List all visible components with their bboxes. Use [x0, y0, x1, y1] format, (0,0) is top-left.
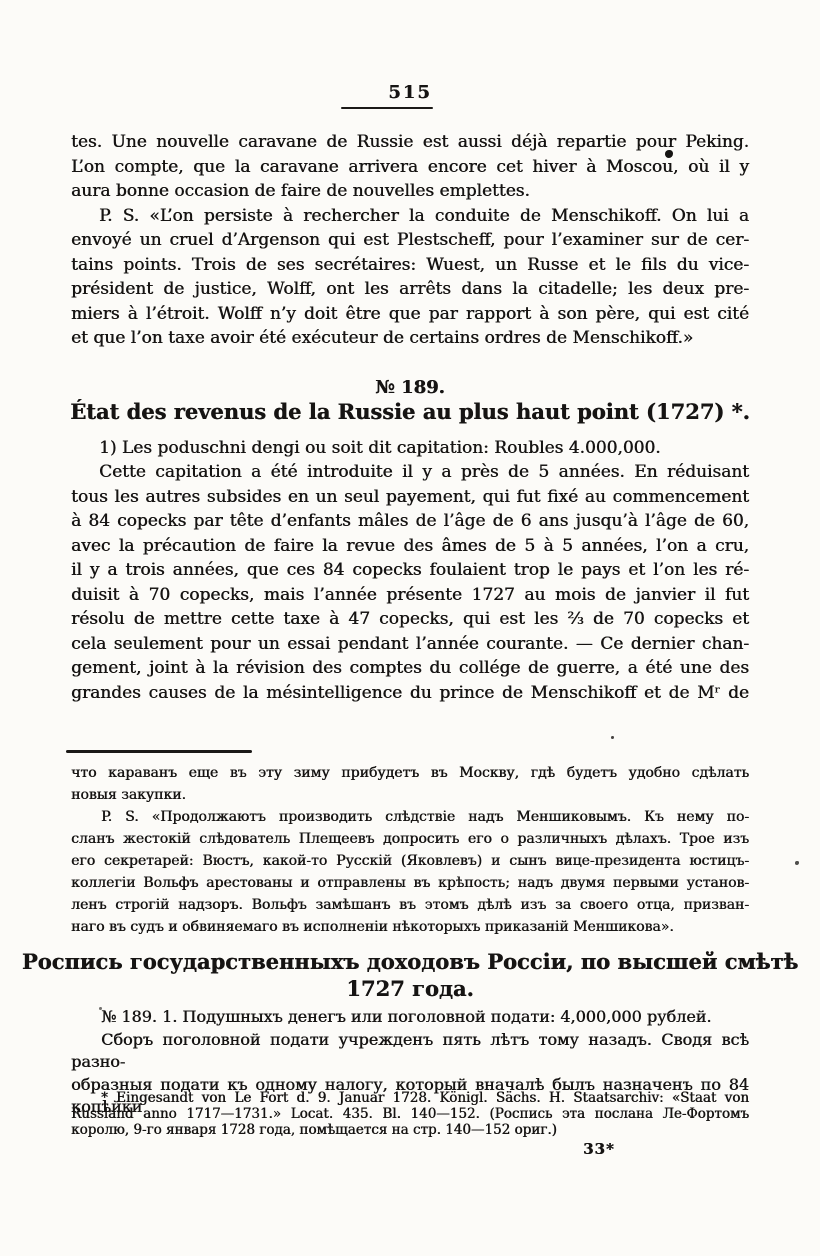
text-line: cela seulement pour un essai pendant l’a…	[71, 632, 749, 657]
text-line: P. S. «L’on persiste à rechercher la con…	[71, 204, 749, 229]
text-line: королю, 9-го января 1728 года, помѣщаетс…	[71, 1122, 749, 1138]
text-line: résolu de mettre cette taxe à 47 copecks…	[71, 607, 749, 632]
text-line: et que l’on taxe avoir été exécuteur de …	[71, 326, 749, 351]
text-line: Russland anno 1717—1731.» Locat. 435. Bl…	[71, 1106, 749, 1122]
russian-footnote-block: что караванъ еще въ эту зиму прибудетъ в…	[71, 762, 749, 938]
text-line: miers à l’étroit. Wolff n’y doit être qu…	[71, 302, 749, 327]
text-line: ленъ строгій надзоръ. Вольфъ замѣшанъ въ…	[71, 894, 749, 916]
scanned-book-page: 515 tes. Une nouvelle caravane de Russie…	[0, 0, 820, 1256]
french-paragraph-3: Cette capitation a été introduite il y a…	[71, 460, 749, 705]
text-line: tains points. Trois de ses secrétaires: …	[71, 253, 749, 278]
footnote-separator-rule	[66, 750, 252, 753]
russian-footnote-paragraph-2: P. S. «Продолжаютъ производить слѣдствіе…	[71, 806, 749, 938]
french-paragraph-1: tes. Une nouvelle caravane de Russie est…	[71, 130, 749, 204]
text-line: сланъ жестокій слѣдователь Плещеевъ допр…	[71, 828, 749, 850]
text-line: 1) Les poduschni dengi ou soit dit capit…	[71, 436, 749, 461]
russian-footnote-paragraph-1: что караванъ еще въ эту зиму прибудетъ в…	[71, 762, 749, 806]
text-line: envoyé un cruel d’Argenson qui est Plest…	[71, 228, 749, 253]
text-line: aura bonne occasion de faire de nouvelle…	[71, 179, 749, 204]
ink-speck	[795, 861, 799, 865]
text-line: что караванъ еще въ эту зиму прибудетъ в…	[71, 762, 749, 784]
page-number-rule	[341, 107, 433, 109]
text-line: avec la précaution de faire la revue des…	[71, 534, 749, 559]
text-line: duisit à 70 copecks, mais l’année présen…	[71, 583, 749, 608]
french-paragraph-2: P. S. «L’on persiste à rechercher la con…	[71, 204, 749, 351]
text-line: L’on compte, que la caravane arrivera en…	[71, 155, 749, 180]
text-line: à 84 copecks par tête d’enfants mâles de…	[71, 509, 749, 534]
text-line: коллегіи Вольфъ арестованы и отправлены …	[71, 872, 749, 894]
text-line: tes. Une nouvelle caravane de Russie est…	[71, 130, 749, 155]
text-line: * Eingesandt von Le Fort d. 9. Januar 17…	[71, 1090, 749, 1106]
source-footnote: * Eingesandt von Le Fort d. 9. Januar 17…	[71, 1090, 749, 1139]
text-line: Сборъ поголовной подати учрежденъ пять л…	[71, 1029, 749, 1074]
russian-section-title: Роспись государственныхъ доходовъ Россіи…	[0, 948, 820, 1002]
text-line: Cette capitation a été introduite il y a…	[71, 460, 749, 485]
text-line: il y a trois années, que ces 84 copecks …	[71, 558, 749, 583]
signature-mark: 33*	[583, 1140, 615, 1158]
page-number: 515	[0, 82, 820, 103]
text-line: наго въ судъ и обвиняемаго въ исполненіи…	[71, 916, 749, 938]
text-line: grandes causes de la mésintelligence du …	[71, 681, 749, 706]
ink-speck	[611, 736, 614, 739]
text-line: его секретарей: Вюстъ, какой-то Русскій …	[71, 850, 749, 872]
document-title: État des revenus de la Russie au plus ha…	[0, 399, 820, 424]
text-line: P. S. «Продолжаютъ производить слѣдствіе…	[71, 806, 749, 828]
text-line: Роспись государственныхъ доходовъ Россіи…	[0, 948, 820, 975]
document-number-heading: № 189.	[0, 377, 820, 398]
text-line: tous les autres subsides en un seul paye…	[71, 485, 749, 510]
text-line: gement, joint à la révision des comptes …	[71, 656, 749, 681]
text-line: новыя закупки.	[71, 784, 749, 806]
french-body: tes. Une nouvelle caravane de Russie est…	[71, 130, 749, 351]
text-line: № 189. 1. Подушныхъ денегъ или поголовно…	[71, 1006, 749, 1029]
text-line: 1727 года.	[0, 975, 820, 1002]
revenue-item-1: 1) Les poduschni dengi ou soit dit capit…	[71, 436, 749, 461]
text-line: président de justice, Wolff, ont les arr…	[71, 277, 749, 302]
